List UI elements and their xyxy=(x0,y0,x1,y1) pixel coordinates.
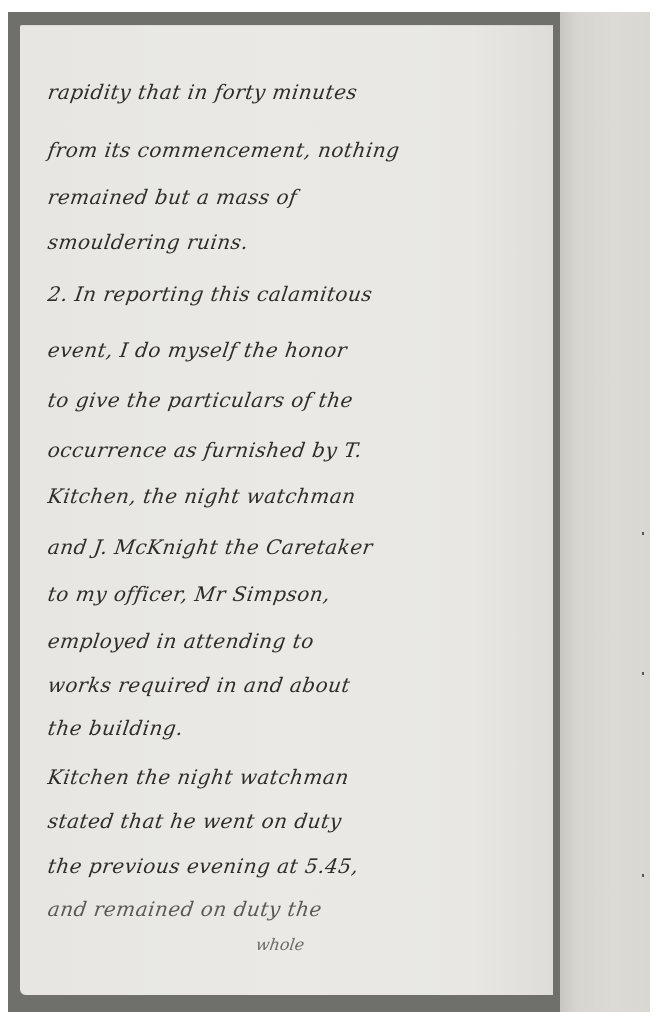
text-line: the previous evening at 5.45, xyxy=(46,854,360,878)
text-line: stated that he went on duty xyxy=(46,809,343,833)
facing-page-edge xyxy=(560,12,650,1012)
edge-mark xyxy=(642,672,644,675)
text-line: employed in attending to xyxy=(46,629,315,653)
text-line: smouldering ruins. xyxy=(46,230,250,254)
text-line: occurrence as furnished by T. xyxy=(46,438,363,462)
manuscript-page: rapidity that in forty minutes from its … xyxy=(20,25,553,995)
edge-mark xyxy=(642,874,644,877)
text-line: from its commencement, nothing xyxy=(46,138,401,162)
edge-mark xyxy=(642,532,644,535)
text-line: to my officer, Mr Simpson, xyxy=(46,582,332,606)
catchword: whole xyxy=(255,935,306,954)
text-line: remained but a mass of xyxy=(46,185,299,209)
text-line: rapidity that in forty minutes xyxy=(46,80,359,104)
text-line: event, I do myself the honor xyxy=(46,338,348,362)
text-line: to give the particulars of the xyxy=(46,388,354,412)
document-scan: rapidity that in forty minutes from its … xyxy=(0,0,659,1024)
text-line: the building. xyxy=(46,716,185,740)
text-line: works required in and about xyxy=(46,673,352,697)
text-line: and remained on duty the xyxy=(46,897,323,921)
paragraph-2-start: 2. In reporting this calamitous xyxy=(46,282,374,306)
text-line: Kitchen the night watchman xyxy=(46,765,350,789)
text-line: and J. McKnight the Caretaker xyxy=(46,535,374,559)
text-line: Kitchen, the night watchman xyxy=(46,484,357,508)
